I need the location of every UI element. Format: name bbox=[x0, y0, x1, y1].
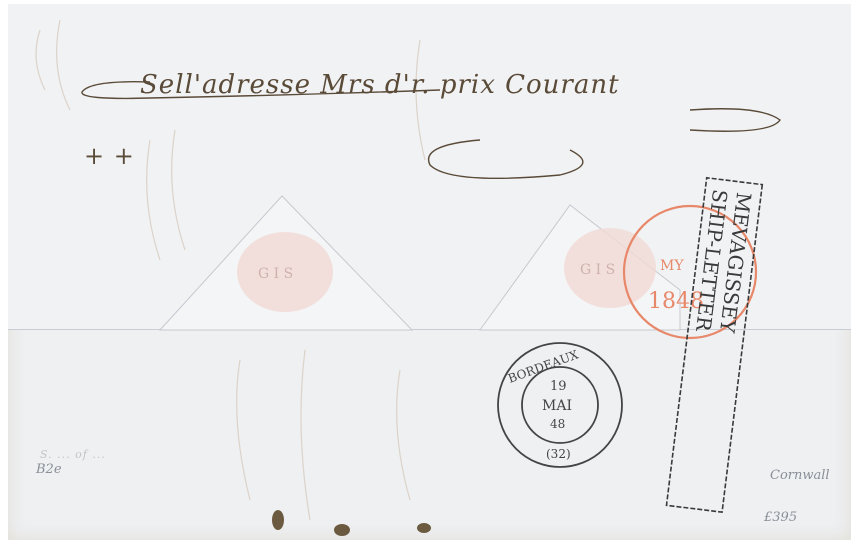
bordeaux-town: BORDEAUX bbox=[506, 347, 580, 385]
bordeaux-day: 19 bbox=[550, 379, 567, 394]
bordeaux-month: MAI bbox=[542, 398, 572, 414]
bordeaux-dept: (32) bbox=[546, 447, 571, 461]
manuscript-address-line: Sell'adresse Mrs d'r. prix Courant bbox=[140, 70, 620, 100]
pencil-region: Cornwall bbox=[770, 468, 830, 483]
seal-left-text: G I S bbox=[258, 266, 293, 282]
pencil-code: B2e bbox=[36, 462, 62, 477]
pencil-price: £395 bbox=[764, 510, 797, 525]
manuscript-crosses: + + bbox=[84, 142, 135, 170]
bordeaux-year: 48 bbox=[550, 417, 565, 431]
boxed-ship-letter-stamp: MEVAGISSEY SHIP-LETTER bbox=[666, 178, 762, 512]
seal-right-text: G I S bbox=[580, 262, 615, 278]
faint-pencil-line: S. ... of ... bbox=[40, 448, 106, 461]
ink-blots bbox=[272, 510, 431, 536]
red-cds-middle: MY bbox=[660, 258, 684, 274]
